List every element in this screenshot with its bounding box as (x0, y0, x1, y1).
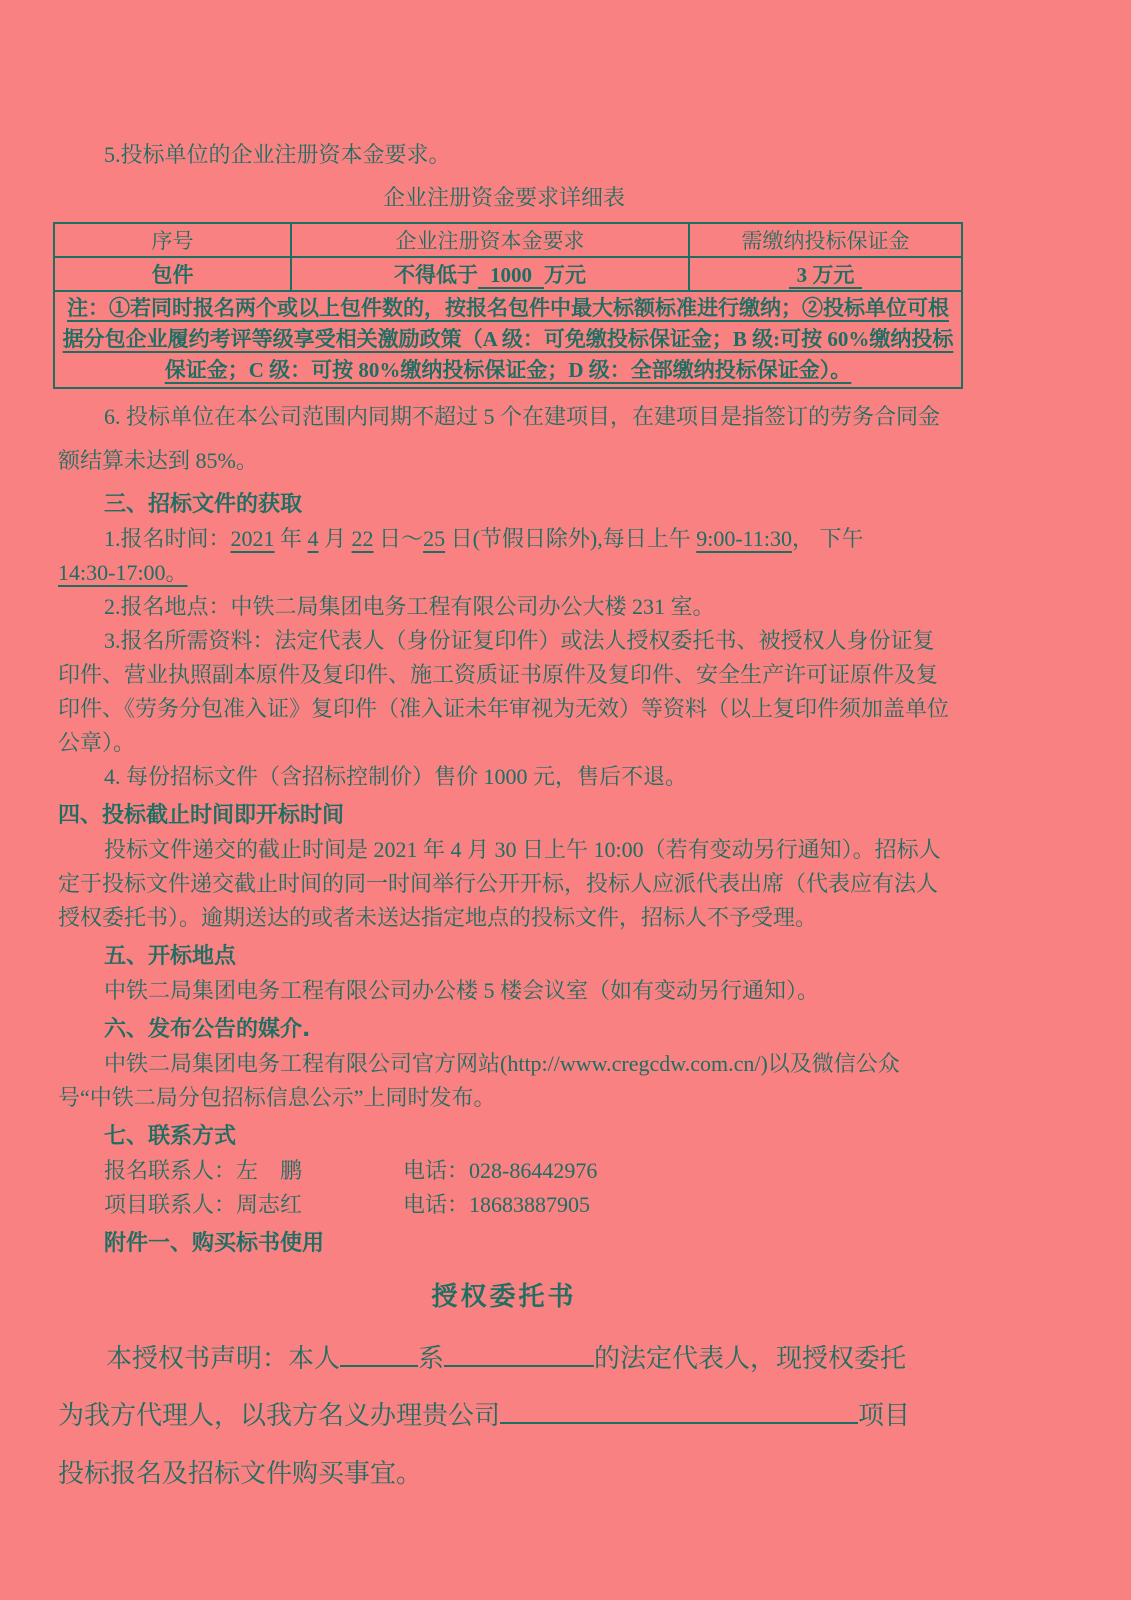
document-page: 5.投标单位的企业注册资本金要求。 企业注册资金要求详细表 序号 企业注册资本金… (0, 0, 1131, 1600)
letter-closing-line: 投标报名及招标文件购买事宜。 (58, 1454, 950, 1494)
section-5-body: 中铁二局集团电务工程有限公司办公楼 5 楼会议室（如有变动另行通知）。 (58, 974, 950, 1008)
time-year: 2021 (231, 526, 275, 551)
registration-requirements-table: 序号 企业注册资本金要求 需缴纳投标保证金 包件 不得低于1000万元 3 万元… (53, 222, 963, 389)
table-header-row: 序号 企业注册资本金要求 需缴纳投标保证金 (54, 223, 962, 257)
cell-capital-requirement: 不得低于1000万元 (291, 257, 689, 291)
table-note-row: 注：①若同时报名两个或以上包件数的，按报名包件中最大标额标准进行缴纳；②投标单位… (54, 291, 962, 388)
contact-row-signup: 报名联系人：左 鹏电话：028-86442976 (104, 1154, 950, 1188)
table-data-row: 包件 不得低于1000万元 3 万元 (54, 257, 962, 291)
letter-p2-suffix: 项目 (858, 1401, 910, 1430)
letter-blank-project (500, 1397, 858, 1424)
item-1-signup-time: 1.报名时间：2021 年 4 月 22 日～25 日(节假日除外),每日上午 … (58, 522, 950, 590)
letter-declaration-line: 本授权书声明：本人系的法定代表人，现授权委托 (58, 1339, 950, 1379)
letter-agent-line: 为我方代理人，以我方名义办理贵公司项目 (58, 1396, 950, 1436)
table-title: 企业注册资金要求详细表 (58, 181, 950, 215)
time-sep2: 月 (319, 526, 352, 551)
signup-contact-phone: 电话：028-86442976 (403, 1158, 597, 1183)
letter-blank-name (340, 1340, 418, 1367)
item-6-projects-limit: 6. 投标单位在本公司范围内同期不超过 5 个在建项目，在建项目是指签订的劳务合… (58, 395, 950, 483)
heading-section-7: 七、联系方式 (104, 1120, 950, 1154)
table-note: 注：①若同时报名两个或以上包件数的，按报名包件中最大标额标准进行缴纳；②投标单位… (54, 291, 962, 388)
heading-section-3: 三、招标文件的获取 (104, 488, 950, 522)
time-morning-hours: 9:00-11:30 (696, 526, 792, 551)
capital-suffix: 万元 (544, 263, 586, 287)
table-header-capital: 企业注册资本金要求 (291, 223, 689, 257)
attachment-heading: 附件一、购买标书使用 (104, 1227, 950, 1261)
capital-value-blank: 1000 (478, 263, 544, 289)
item-5-registered-capital: 5.投标单位的企业注册资本金要求。 (58, 138, 950, 172)
time-sep3: 日～ (374, 526, 424, 551)
time-sep4: 日(节假日除外),每日上午 (445, 526, 696, 551)
capital-prefix: 不得低于 (394, 263, 478, 287)
contact-row-project: 项目联系人：周志红电话：18683887905 (104, 1188, 950, 1222)
letter-title: 授权委托书 (58, 1277, 950, 1317)
deposit-value-blank: 3 万元 (789, 263, 863, 289)
letter-p1-prefix: 本授权书声明：本人 (106, 1344, 340, 1373)
letter-blank-company (444, 1340, 594, 1367)
time-sep5: ， 下午 (792, 526, 864, 551)
heading-section-4: 四、投标截止时间即开标时间 (58, 799, 950, 833)
project-contact-phone: 电话：18683887905 (403, 1192, 590, 1217)
table-header-seq: 序号 (54, 223, 291, 257)
heading-section-6: 六、发布公告的媒介. (104, 1013, 950, 1047)
time-day-start: 22 (352, 526, 374, 551)
document-content: 5.投标单位的企业注册资本金要求。 企业注册资金要求详细表 序号 企业注册资本金… (58, 138, 950, 1494)
letter-p1-mid: 系 (418, 1344, 444, 1373)
heading-section-5: 五、开标地点 (104, 940, 950, 974)
cell-deposit-amount: 3 万元 (689, 257, 962, 291)
item-4-document-price: 4. 每份招标文件（含招标控制价）售价 1000 元，售后不退。 (58, 760, 950, 794)
table-header-deposit: 需缴纳投标保证金 (689, 223, 962, 257)
time-sep1: 年 (275, 526, 308, 551)
letter-p1-suffix: 的法定代表人，现授权委托 (594, 1344, 906, 1373)
item-3-required-materials: 3.报名所需资料：法定代表人（身份证复印件）或法人授权委托书、被授权人身份证复印… (58, 624, 950, 760)
signup-contact-name: 报名联系人：左 鹏 (104, 1154, 403, 1188)
time-afternoon-hours: 14:30-17:00。 (58, 560, 188, 585)
section-4-body: 投标文件递交的截止时间是 2021 年 4 月 30 日上午 10:00（若有变… (58, 833, 950, 935)
letter-p2-prefix: 为我方代理人，以我方名义办理贵公司 (58, 1401, 500, 1430)
section-6-body: 中铁二局集团电务工程有限公司官方网站(http://www.cregcdw.co… (58, 1047, 950, 1115)
cell-package: 包件 (54, 257, 291, 291)
time-month: 4 (308, 526, 319, 551)
project-contact-name: 项目联系人：周志红 (104, 1188, 403, 1222)
time-day-end: 25 (423, 526, 445, 551)
authorization-letter: 授权委托书 本授权书声明：本人系的法定代表人，现授权委托 为我方代理人，以我方名… (58, 1277, 950, 1494)
item-2-signup-location: 2.报名地点：中铁二局集团电务工程有限公司办公大楼 231 室。 (58, 590, 950, 624)
time-prefix: 1.报名时间： (104, 526, 231, 551)
